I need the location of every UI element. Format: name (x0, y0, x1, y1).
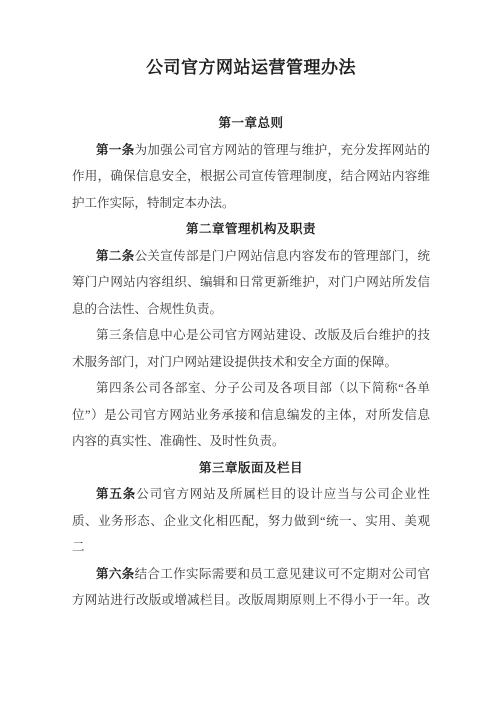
article-6: 第六条结合工作实际需要和员工意见建议可不定期对公司官 方网站进行改版或增减栏目。… (72, 561, 430, 614)
article-2: 第二条公关宣传部是门户网站信息内容发布的管理部门，统 筹门户网站内容组织、编辑和… (72, 243, 430, 323)
article-4-line-1: 第四条公司各部室、分子公司及各项目部（以下简称“各单 (72, 375, 430, 402)
article-5-text: 公司官方网站及所属栏目的设计应当与公司企业性 (136, 487, 430, 501)
document-title: 公司官方网站运营管理办法 (72, 54, 430, 82)
article-3-line-1: 第三条信息中心是公司官方网站建设、改版及后台维护的技 (72, 322, 430, 349)
article-1: 第一条为加强公司官方网站的管理与维护，充分发挥网站的 作用，确保信息安全，根据公… (72, 137, 430, 217)
article-6-label: 第六条 (96, 567, 135, 581)
article-4-line-2: 位”）是公司官方网站业务承接和信息编发的主体，对所发信息 (72, 402, 430, 429)
article-5-line-3: 二 (72, 534, 430, 561)
article-1-label: 第一条 (96, 143, 135, 157)
article-3-text: 信息中心是公司官方网站建设、改版及后台维护的技 (135, 328, 430, 342)
article-3-line-2: 术服务部门，对门户网站建设提供技术和安全方面的保障。 (72, 349, 430, 376)
article-4-label: 第四条 (96, 381, 135, 395)
article-1-text: 为加强公司官方网站的管理与维护，充分发挥网站的 (135, 143, 430, 157)
article-1-line-3: 护工作实际，特制定本办法。 (72, 190, 430, 217)
article-4-text: 公司各部室、分子公司及各项目部（以下简称“各单 (135, 381, 430, 395)
article-2-text: 公关宣传部是门户网站信息内容发布的管理部门，统 (135, 249, 430, 263)
chapter-heading-3: 第三章版面及栏目 (72, 455, 430, 482)
chapter-heading-1: 第一章总则 (72, 110, 430, 137)
article-3: 第三条信息中心是公司官方网站建设、改版及后台维护的技 术服务部门，对门户网站建设… (72, 322, 430, 375)
article-3-label: 第三条 (96, 328, 135, 342)
article-1-line-1: 第一条为加强公司官方网站的管理与维护，充分发挥网站的 (72, 137, 430, 164)
article-5-line-2: 质、业务形态、企业文化相匹配，努力做到“统一、实用、美观 (72, 508, 430, 535)
article-5: 第五条公司官方网站及所属栏目的设计应当与公司企业性 质、业务形态、企业文化相匹配… (72, 481, 430, 561)
article-5-line-1: 第五条公司官方网站及所属栏目的设计应当与公司企业性 (72, 481, 430, 508)
article-2-line-3: 息的合法性、合规性负责。 (72, 296, 430, 323)
article-1-line-2: 作用，确保信息安全，根据公司宣传管理制度，结合网站内容维 (72, 163, 430, 190)
chapter-heading-2: 第二章管理机构及职责 (72, 216, 430, 243)
article-5-label: 第五条 (96, 487, 136, 501)
article-2-line-2: 筹门户网站内容组织、编辑和日常更新维护，对门户网站所发信 (72, 269, 430, 296)
document-page: 公司官方网站运营管理办法 第一章总则 第一条为加强公司官方网站的管理与维护，充分… (0, 0, 500, 707)
article-6-line-1: 第六条结合工作实际需要和员工意见建议可不定期对公司官 (72, 561, 430, 588)
article-6-line-2: 方网站进行改版或增减栏目。改版周期原则上不得小于一年。改 (72, 587, 430, 614)
article-4-line-3: 内容的真实性、准确性、及时性负责。 (72, 428, 430, 455)
article-4: 第四条公司各部室、分子公司及各项目部（以下简称“各单 位”）是公司官方网站业务承… (72, 375, 430, 455)
article-6-text: 结合工作实际需要和员工意见建议可不定期对公司官 (135, 567, 430, 581)
article-2-label: 第二条 (96, 249, 135, 263)
article-2-line-1: 第二条公关宣传部是门户网站信息内容发布的管理部门，统 (72, 243, 430, 270)
